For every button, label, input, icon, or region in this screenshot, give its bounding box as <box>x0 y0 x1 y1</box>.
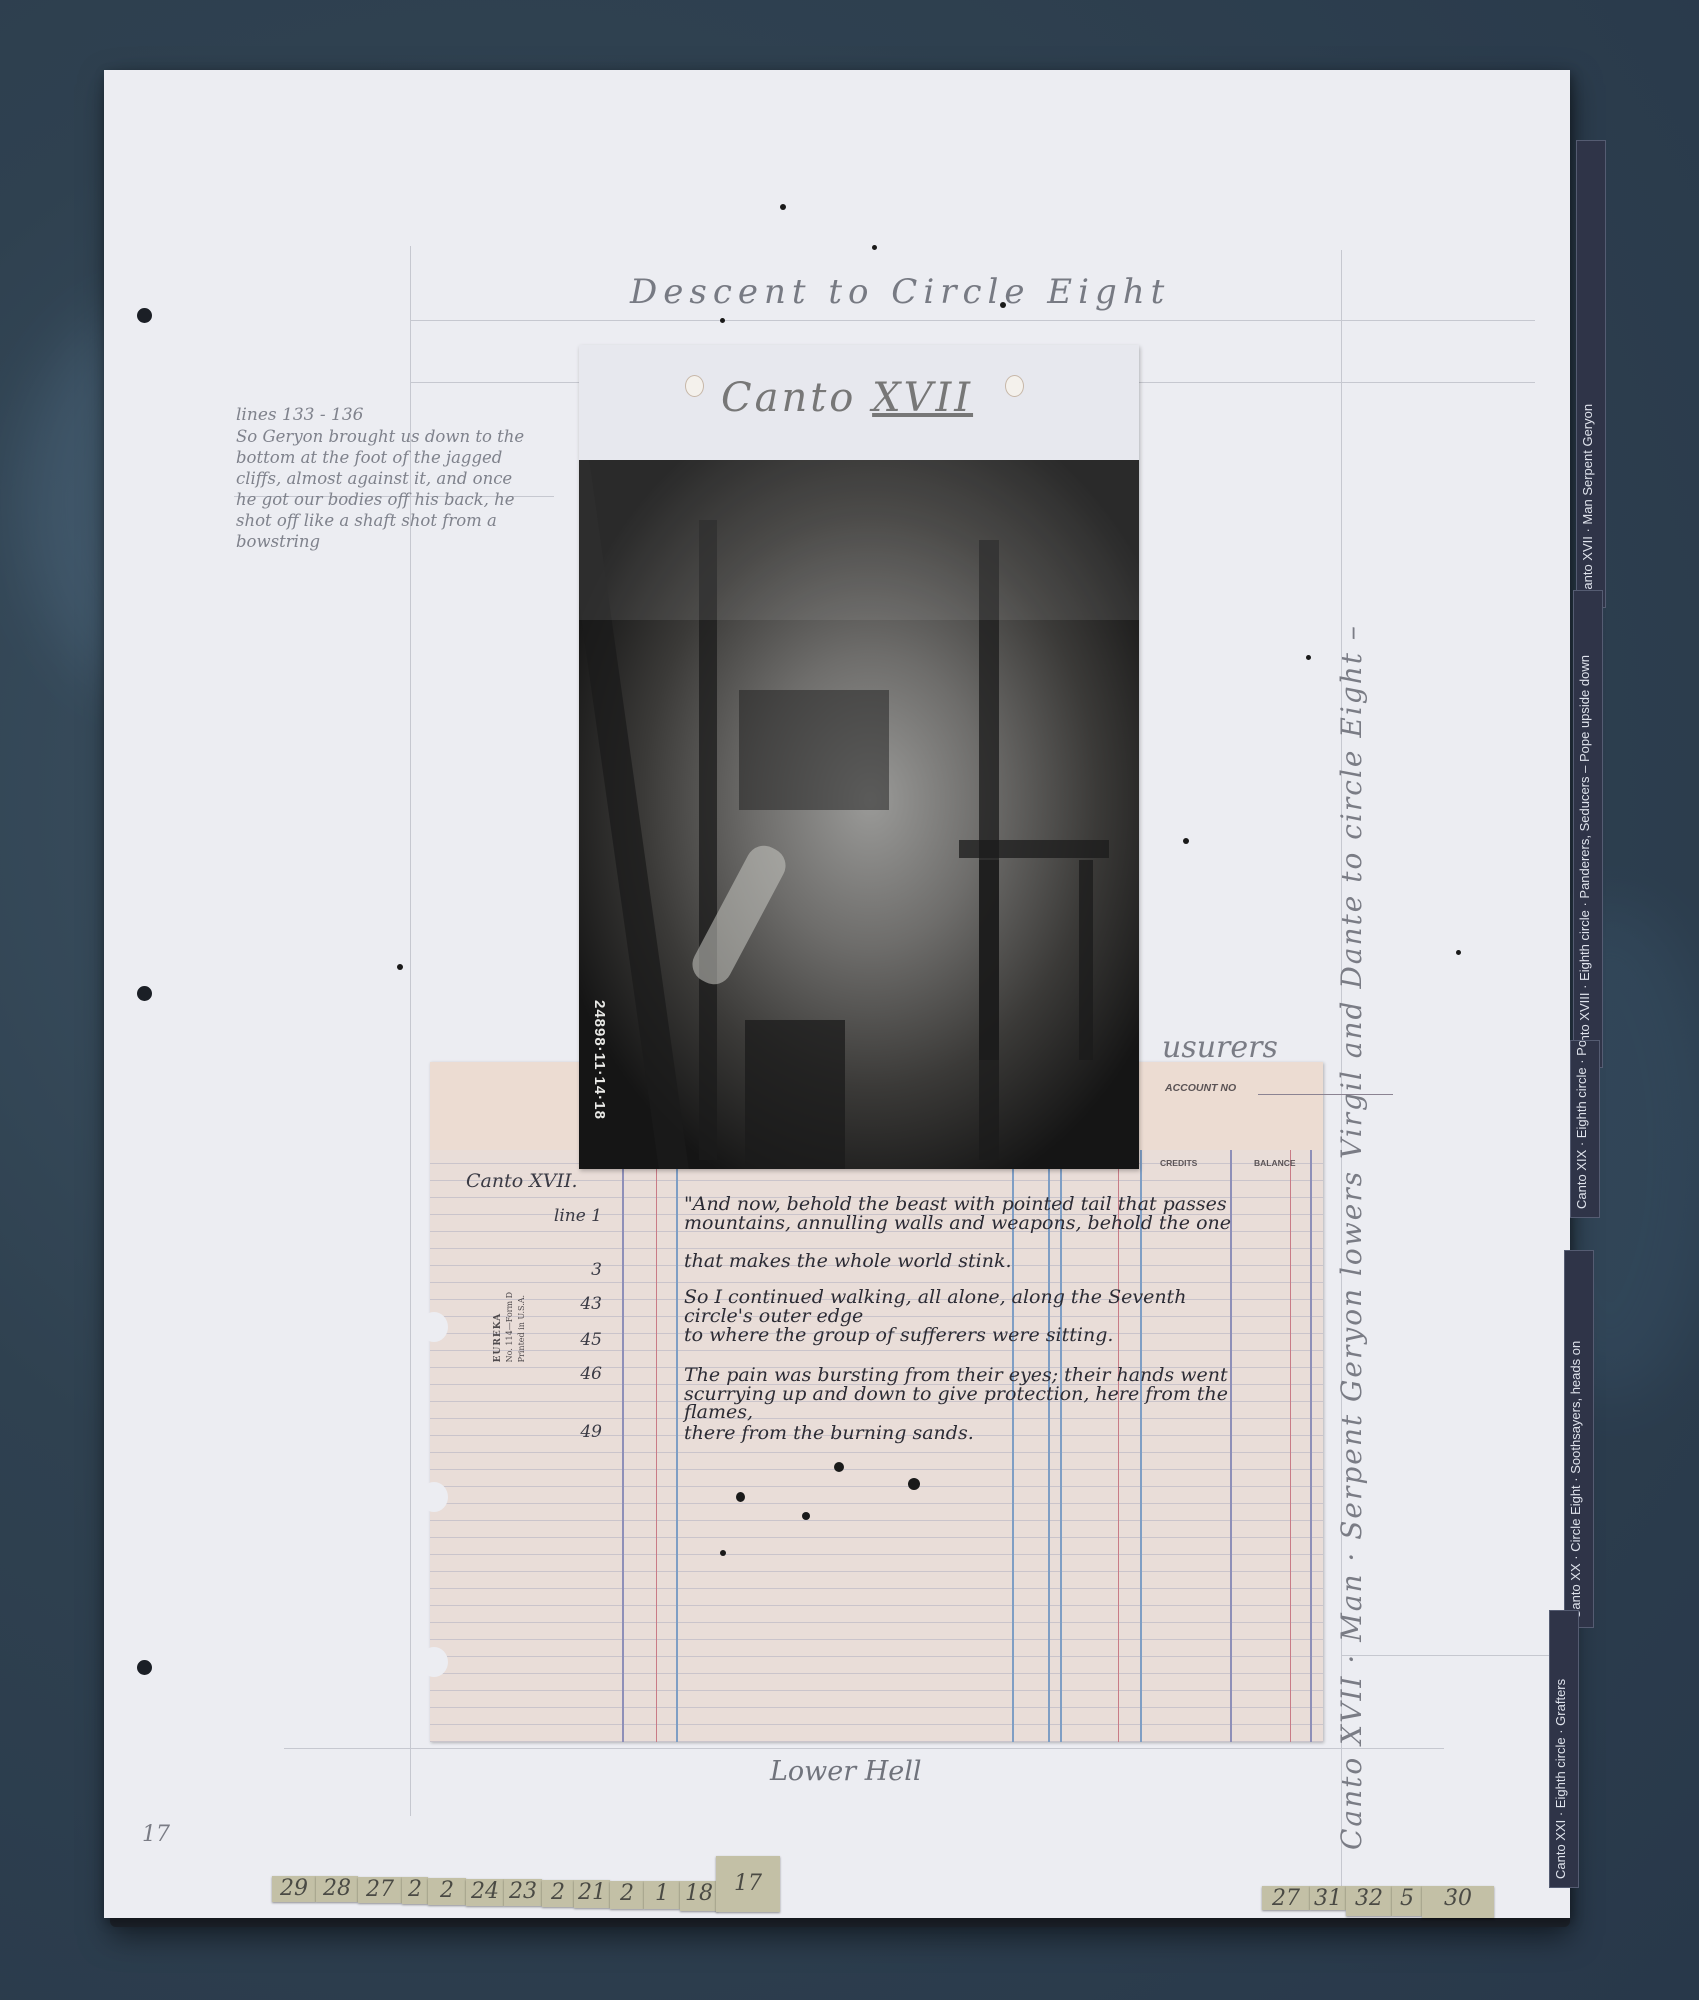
page-number: 17 <box>142 1822 170 1847</box>
archival-photograph: 24898·11·14·18 <box>579 460 1139 1169</box>
ink-splatter <box>736 1492 745 1502</box>
line-number: line 1 <box>542 1206 602 1226</box>
ledger-notch <box>420 1647 448 1677</box>
bottom-tab[interactable]: 2 <box>402 1877 428 1904</box>
ink-splatter <box>834 1462 844 1472</box>
ink-splatter <box>1000 302 1006 308</box>
bottom-tab-current[interactable]: 17 <box>716 1856 780 1912</box>
spine-tab[interactable]: Canto XVIII · Eighth circle · Panderers,… <box>1573 590 1603 1068</box>
ledger-notch <box>420 1482 448 1512</box>
ledger-rule <box>1118 1150 1119 1742</box>
bottom-tab[interactable]: 27 <box>358 1877 402 1903</box>
pencil-guide-horizontal <box>1342 1655 1552 1656</box>
bottom-tab[interactable]: 31 <box>1310 1886 1346 1910</box>
ledger-rule <box>622 1150 624 1742</box>
line-number: 49 <box>542 1422 602 1442</box>
side-note-vertical: Canto XVII · Man · Serpent Geryon lowers… <box>1335 400 1368 1850</box>
ink-splatter <box>872 245 877 250</box>
line-number: 43 <box>542 1294 602 1314</box>
bottom-tab[interactable]: 28 <box>316 1876 358 1902</box>
ledger-rule <box>676 1150 678 1742</box>
ledger-notch <box>420 1312 448 1342</box>
balance-column-header: BALANCE <box>1254 1158 1296 1168</box>
line-number: 46 <box>542 1364 602 1384</box>
ledger-rule <box>1012 1150 1014 1742</box>
bottom-tab[interactable]: 32 <box>1346 1886 1392 1916</box>
ink-splatter <box>1456 950 1461 955</box>
photo-catalog-number: 24898·11·14·18 <box>591 1000 608 1120</box>
margin-annotation: usurers <box>1162 1030 1278 1065</box>
ledger-entry: The pain was bursting from their eyes; t… <box>684 1366 1244 1422</box>
ledger-rule <box>1140 1150 1142 1742</box>
bottom-tab[interactable]: 29 <box>272 1876 316 1902</box>
photo-card: Canto XVII 24898·11·14·18 <box>579 345 1139 1169</box>
bottom-tab[interactable]: 27 <box>1262 1886 1310 1910</box>
notes-body: So Geryon brought us down to the bottom … <box>236 426 526 552</box>
ink-splatter <box>720 1550 726 1556</box>
ledger-rule <box>1230 1150 1232 1742</box>
spine-tab[interactable]: Canto XXI · Eighth circle · Grafters <box>1549 1610 1579 1888</box>
ink-splatter <box>1183 838 1189 844</box>
spine-tab[interactable]: Canto XIX · Eighth circle · Popes <box>1570 1040 1600 1218</box>
margin-notes: lines 133 - 136 So Geryon brought us dow… <box>236 405 526 552</box>
canto-label: Canto XVII <box>721 375 973 421</box>
ink-splatter <box>720 318 725 323</box>
ink-splatter <box>397 964 403 970</box>
ledger-rule <box>1310 1150 1312 1742</box>
pencil-guide-horizontal <box>410 320 1535 321</box>
bottom-tab[interactable]: 2 <box>610 1881 644 1909</box>
ink-splatter <box>1306 655 1311 660</box>
ledger-rule <box>1060 1150 1062 1742</box>
ledger-entry: to where the group of sufferers were sit… <box>684 1326 1244 1345</box>
card-hole <box>1005 375 1024 397</box>
ledger-entry: So I continued walking, all alone, along… <box>684 1288 1244 1325</box>
bottom-tab[interactable]: 2 <box>428 1878 466 1905</box>
bottom-tab[interactable]: 2 <box>542 1880 574 1907</box>
binder-hole <box>137 308 152 323</box>
binder-hole <box>137 986 152 1001</box>
footer-label: Lower Hell <box>770 1756 922 1787</box>
ledger-rule <box>1290 1150 1291 1742</box>
ledger-rule <box>1048 1150 1050 1742</box>
binder-hole <box>137 1660 152 1675</box>
printer-imprint: EUREKA No. 114—Form D Printed in U.S.A. <box>492 1292 528 1362</box>
spine-tab[interactable]: Canto XVII · Man Serpent Geryon <box>1576 140 1606 608</box>
ledger-canto-heading: Canto XVII. <box>466 1170 578 1192</box>
notes-line-reference: lines 133 - 136 <box>236 405 526 426</box>
ledger-rule <box>656 1150 657 1742</box>
ink-splatter <box>908 1478 920 1490</box>
bottom-tab[interactable]: 1 <box>644 1881 680 1909</box>
ledger-entry: there from the burning sands. <box>684 1424 1244 1443</box>
account-number-field <box>1258 1094 1393 1095</box>
line-number: 45 <box>542 1330 602 1350</box>
account-number-label: ACCOUNT NO <box>1165 1082 1236 1094</box>
ink-splatter <box>802 1512 810 1520</box>
card-hole <box>685 375 704 397</box>
line-number: 3 <box>542 1260 602 1280</box>
credits-column-header: CREDITS <box>1160 1158 1197 1168</box>
bottom-tab[interactable]: 18 <box>680 1881 718 1911</box>
pencil-guide-horizontal <box>284 1748 1444 1749</box>
page-heading: Descent to Circle Eight <box>630 272 1170 312</box>
ledger-entry: "And now, behold the beast with pointed … <box>684 1195 1244 1232</box>
bottom-tab[interactable]: 23 <box>504 1879 542 1906</box>
bottom-tab[interactable]: 30 <box>1422 1886 1494 1918</box>
spine-tab[interactable]: Canto XX · Circle Eight · Soothsayers, h… <box>1564 1250 1594 1628</box>
bottom-tab[interactable]: 21 <box>574 1880 610 1908</box>
bottom-tab[interactable]: 5 <box>1392 1886 1422 1916</box>
ledger-entry: that makes the whole world stink. <box>684 1252 1244 1271</box>
bottom-tab[interactable]: 24 <box>466 1879 504 1906</box>
ink-splatter <box>780 204 786 210</box>
